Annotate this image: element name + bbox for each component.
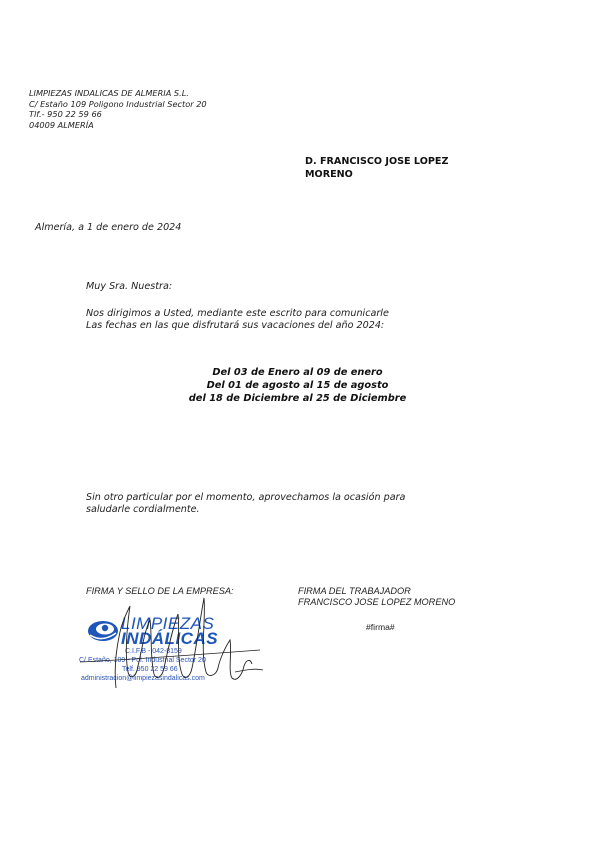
body-line-2: Las fechas en las que disfrutará sus vac… xyxy=(86,320,389,332)
handwritten-signature xyxy=(80,580,265,699)
date-line: Almería, a 1 de enero de 2024 xyxy=(35,222,181,233)
vacation-periods: Del 03 de Enero al 09 de enero Del 01 de… xyxy=(0,366,595,405)
vacation-period: del 18 de Diciembre al 25 de Diciembre xyxy=(0,392,595,405)
closing-line-1: Sin otro particular por el momento, apro… xyxy=(86,492,405,504)
worker-signature-placeholder: #firma# xyxy=(366,622,395,632)
closing-paragraph: Sin otro particular por el momento, apro… xyxy=(86,492,405,516)
worker-signature-label: FIRMA DEL TRABAJADOR xyxy=(298,586,455,597)
sender-phone: Tlf.- 950 22 59 66 xyxy=(29,109,207,120)
body-paragraph: Nos dirigimos a Usted, mediante este esc… xyxy=(86,308,389,332)
greeting: Muy Sra. Nuestra: xyxy=(86,281,172,292)
body-line-1: Nos dirigimos a Usted, mediante este esc… xyxy=(86,308,389,320)
vacation-period: Del 03 de Enero al 09 de enero xyxy=(0,366,595,379)
worker-signature-block: FIRMA DEL TRABAJADOR FRANCISCO JOSE LOPE… xyxy=(298,586,455,608)
vacation-period: Del 01 de agosto al 15 de agosto xyxy=(0,379,595,392)
sender-city: 04009 ALMERÍA xyxy=(29,120,207,131)
sender-block: LIMPIEZAS INDALICAS DE ALMERIA S.L. C/ E… xyxy=(29,88,207,130)
sender-company: LIMPIEZAS INDALICAS DE ALMERIA S.L. xyxy=(29,88,207,99)
worker-name: FRANCISCO JOSE LOPEZ MORENO xyxy=(298,597,455,608)
recipient-line-2: MORENO xyxy=(305,168,495,181)
recipient-line-1: D. FRANCISCO JOSE LOPEZ xyxy=(305,155,495,168)
closing-line-2: saludarle cordialmente. xyxy=(86,504,405,516)
sender-address: C/ Estaño 109 Poligono Industrial Sector… xyxy=(29,99,207,110)
recipient-block: D. FRANCISCO JOSE LOPEZ MORENO xyxy=(305,155,495,181)
